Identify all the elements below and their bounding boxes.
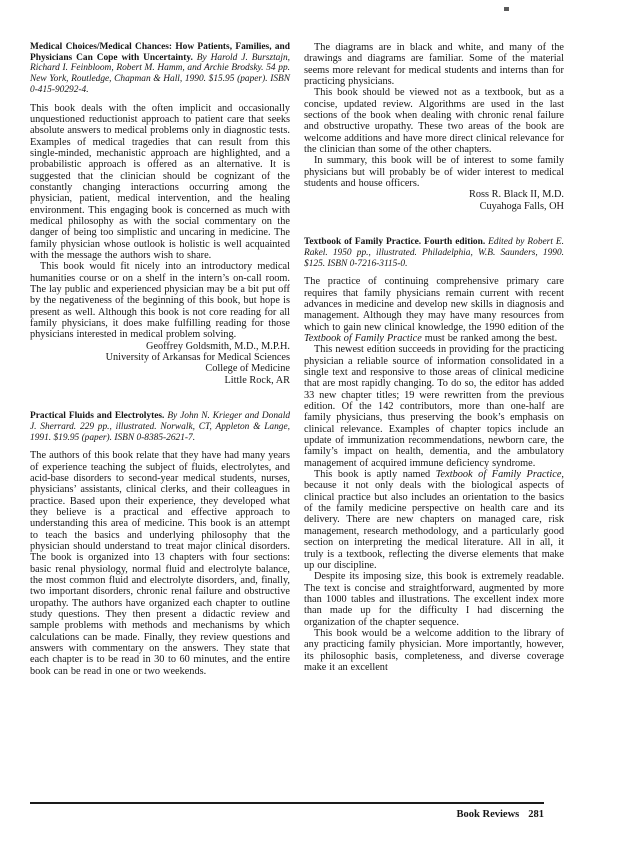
scan-artifact <box>504 7 509 11</box>
text-run: This book would be a welcome addition to… <box>304 628 564 673</box>
review-paragraph: Despite its imposing size, this book is … <box>304 571 564 628</box>
reviewer-signature: Ross R. Black II, M.D.Cuyahoga Falls, OH <box>304 189 564 212</box>
text-run: This book is aptly named <box>314 469 436 480</box>
review-paragraph: This book should be viewed not as a text… <box>304 87 564 155</box>
review-paragraph: This book is aptly named Textbook of Fam… <box>304 469 564 571</box>
footer-rule <box>30 802 544 804</box>
right-column: The diagrams are in black and white, and… <box>304 42 564 677</box>
text-run: The practice of continuing comprehensive… <box>304 276 564 332</box>
signature-line: Little Rock, AR <box>30 375 290 386</box>
text-run: This book deals with the often implicit … <box>30 103 290 261</box>
book-citation-heading: Medical Choices/Medical Chances: How Pat… <box>30 42 290 96</box>
text-run: must be ranked among the best. <box>422 333 557 344</box>
review-paragraph: This newest edition succeeds in providin… <box>304 344 564 469</box>
text-run: The diagrams are in black and white, and… <box>304 42 564 87</box>
book-title: Practical Fluids and Electrolytes. <box>30 411 167 421</box>
book-title: Textbook of Family Practice. Fourth edit… <box>304 237 488 247</box>
review-paragraph: This book would fit nicely into an intro… <box>30 261 290 340</box>
reviewer-signature: Geoffrey Goldsmith, M.D., M.P.H.Universi… <box>30 341 290 386</box>
text-run: This book would fit nicely into an intro… <box>30 261 290 340</box>
signature-line: Cuyahoga Falls, OH <box>304 201 564 212</box>
review-paragraph: In summary, this book will be of interes… <box>304 155 564 189</box>
signature-line: Geoffrey Goldsmith, M.D., M.P.H. <box>30 341 290 352</box>
text-run: The authors of this book relate that the… <box>30 450 290 677</box>
review-paragraph: The diagrams are in black and white, and… <box>304 42 564 87</box>
book-citation-heading: Textbook of Family Practice. Fourth edit… <box>304 237 564 269</box>
page-footer: Book Reviews281 <box>30 802 544 820</box>
text-run: , because it not only deals with the bio… <box>304 469 564 571</box>
signature-line: College of Medicine <box>30 363 290 374</box>
footer-page-number: 281 <box>528 809 544 820</box>
book-reviews-page: Medical Choices/Medical Chances: How Pat… <box>0 0 620 847</box>
footer-text: Book Reviews281 <box>30 809 544 820</box>
review-paragraph: This book would be a welcome addition to… <box>304 628 564 673</box>
text-run: This newest edition succeeds in providin… <box>304 344 564 468</box>
review-paragraph: The practice of continuing comprehensive… <box>304 276 564 344</box>
two-column-text-area: Medical Choices/Medical Chances: How Pat… <box>30 42 564 677</box>
review-paragraph: The authors of this book relate that the… <box>30 450 290 677</box>
text-run: This book should be viewed not as a text… <box>304 87 564 155</box>
inline-book-title: Textbook of Family Practice <box>436 469 562 480</box>
text-run: In summary, this book will be of interes… <box>304 155 564 189</box>
footer-section-label: Book Reviews <box>457 809 520 820</box>
inline-book-title: Textbook of Family Practice <box>304 333 422 344</box>
signature-line: University of Arkansas for Medical Scien… <box>30 352 290 363</box>
signature-line: Ross R. Black II, M.D. <box>304 189 564 200</box>
left-column: Medical Choices/Medical Chances: How Pat… <box>30 42 290 677</box>
review-paragraph: This book deals with the often implicit … <box>30 103 290 262</box>
text-run: Despite its imposing size, this book is … <box>304 571 564 627</box>
book-citation-heading: Practical Fluids and Electrolytes. By Jo… <box>30 411 290 443</box>
